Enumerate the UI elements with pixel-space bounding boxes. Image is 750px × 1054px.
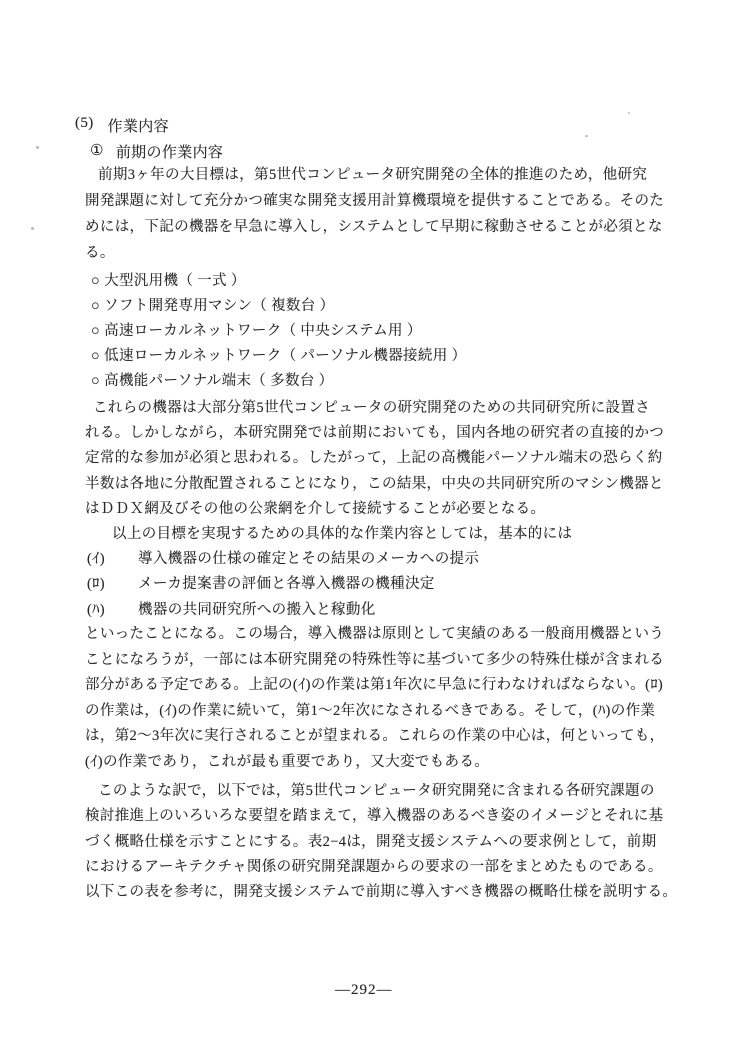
scan-speck (628, 112, 630, 114)
section-number: (5) (75, 115, 94, 136)
paragraph-line: このような訳で，以下では，第5世代コンピュータ研究開発に含まれる各研究課題の (85, 779, 677, 804)
paragraph-line: 以下この表を参考に，開発支援システムで前期に導入すべき機器の概略仕様を説明する。 (85, 880, 677, 905)
list-item-text: 高機能パーソナル端末（ 多数台 ） (104, 373, 333, 389)
paragraph-line: 定常的な参加が必須と思われる。したがって，上記の高機能パーソナル端末の恐らく約 (85, 446, 664, 471)
paragraph-line: はＤＤＸ網及びその他の公衆網を介して接続することが必要となる。 (85, 497, 664, 522)
circle-bullet-icon: ○ (91, 348, 100, 364)
subsection-number: ① (90, 141, 104, 162)
page-number: —292— (335, 982, 393, 999)
section-title: 作業内容 (108, 115, 169, 136)
circle-bullet-icon: ○ (91, 323, 100, 339)
task-list: (ｲ)導入機器の仕様の確定とその結果のメーカへの提示 (ﾛ)メーカ提案書の評価と… (87, 547, 479, 623)
subsection-heading: ① 前期の作業内容 (90, 141, 223, 162)
paragraph-line: は，第2〜3年次に実行されることが望まれる。これらの作業の中心は，何といっても， (85, 724, 665, 750)
paragraph-4: このような訳で，以下では，第5世代コンピュータ研究開発に含まれる各研究課題の 検… (85, 779, 677, 905)
list-item: ○大型汎用機（ 一式 ） (91, 269, 466, 294)
paragraph-line: 前期3ヶ年の大目標は，第5世代コンピュータ研究開発の全体的推進のため，他研究 (85, 162, 664, 188)
task-label: (ﾊ) (87, 598, 120, 623)
paragraph-line: これらの機器は大部分第5世代コンピュータの研究開発のための共同研究所に設置さ (85, 396, 664, 421)
section-heading: (5) 作業内容 (75, 115, 169, 136)
circle-bullet-icon: ○ (91, 373, 100, 389)
list-item: ○低速ローカルネットワーク（ パーソナル機器接続用 ） (91, 344, 466, 369)
circle-bullet-icon: ○ (91, 298, 100, 314)
scan-speck (36, 146, 39, 149)
task-item: (ﾊ)機器の共同研究所への搬入と稼動化 (87, 598, 479, 623)
paragraph-line: る。 (85, 240, 664, 266)
list-item: ○ソフト開発専用マシン（ 複数台 ） (91, 294, 466, 319)
paragraph-line: (ｲ)の作業であり，これが最も重要であり，又大変でもある。 (85, 750, 665, 776)
paragraph-line: 検討推進上のいろいろな要望を踏まえて，導入機器のあるべき姿のイメージとそれに基 (85, 804, 677, 829)
paragraph-line: れる。しかしながら，本研究開発では前期においても，国内各地の研究者の直接的かつ (85, 421, 664, 446)
paragraph-line: 半数は各地に分散配置されることになり，この結果，中央の共同研究所のマシン機器と (85, 472, 664, 497)
task-label: (ﾛ) (87, 572, 120, 597)
scan-speck (585, 135, 588, 137)
paragraph-line: ことになろうが，一部には本研究開発の特殊性等に基づいて多少の特殊仕様が含まれる (85, 648, 665, 674)
task-text: 導入機器の仕様の確定とその結果のメーカへの提示 (138, 551, 479, 567)
paragraph-line: づく概略仕様を示すことにする。表2−4は，開発支援システムへの要求例として，前期 (85, 830, 677, 855)
paragraph-line: といったことになる。この場合，導入機器は原則として実績のある一般商用機器という (85, 622, 665, 648)
subsection-title: 前期の作業内容 (116, 141, 223, 162)
list-item-text: 大型汎用機（ 一式 ） (104, 273, 246, 289)
list-item: ○高機能パーソナル端末（ 多数台 ） (91, 369, 466, 394)
task-item: (ｲ)導入機器の仕様の確定とその結果のメーカへの提示 (87, 547, 479, 572)
task-item: (ﾛ)メーカ提案書の評価と各導入機器の機種決定 (87, 572, 479, 597)
task-label: (ｲ) (87, 547, 120, 572)
paragraph-3: といったことになる。この場合，導入機器は原則として実績のある一般商用機器という … (85, 622, 665, 775)
paragraph-line: めには，下記の機器を早急に導入し，システムとして早期に稼動させることが必須とな (85, 214, 664, 240)
list-item-text: 低速ローカルネットワーク（ パーソナル機器接続用 ） (104, 348, 466, 364)
equipment-list: ○大型汎用機（ 一式 ） ○ソフト開発専用マシン（ 複数台 ） ○高速ローカルネ… (91, 269, 466, 394)
task-text: 機器の共同研究所への搬入と稼動化 (138, 602, 376, 618)
scanned-document-page: (5) 作業内容 ① 前期の作業内容 前期3ヶ年の大目標は，第5世代コンピュータ… (0, 0, 750, 1054)
task-text: メーカ提案書の評価と各導入機器の機種決定 (138, 576, 435, 592)
paragraph-line: 部分がある予定である。上記の(ｲ)の作業は第1年次に早急に行わなければならない。… (85, 673, 665, 699)
scan-speck (31, 227, 34, 230)
list-item-text: ソフト開発専用マシン（ 複数台 ） (104, 298, 334, 314)
paragraph-line: の作業は，(ｲ)の作業に続いて，第1〜2年次になされるべきである。そして，(ﾊ)… (85, 699, 665, 725)
paragraph-line: におけるアーキテクチャ関係の研究開発課題からの要求の一部をまとめたものである。 (85, 855, 677, 880)
paragraph-1: 前期3ヶ年の大目標は，第5世代コンピュータ研究開発の全体的推進のため，他研究 開… (85, 162, 664, 266)
tasks-intro-line: 以上の目標を実現するための具体的な作業内容としては，基本的には (85, 522, 572, 547)
paragraph-line: 開発課題に対して充分かつ確実な開発支援用計算機環境を提供することである。そのた (85, 188, 664, 214)
list-item: ○高速ローカルネットワーク（ 中央システム用 ） (91, 319, 466, 344)
circle-bullet-icon: ○ (91, 273, 100, 289)
paragraph-2: これらの機器は大部分第5世代コンピュータの研究開発のための共同研究所に設置さ れ… (85, 396, 664, 522)
list-item-text: 高速ローカルネットワーク（ 中央システム用 ） (104, 323, 422, 339)
